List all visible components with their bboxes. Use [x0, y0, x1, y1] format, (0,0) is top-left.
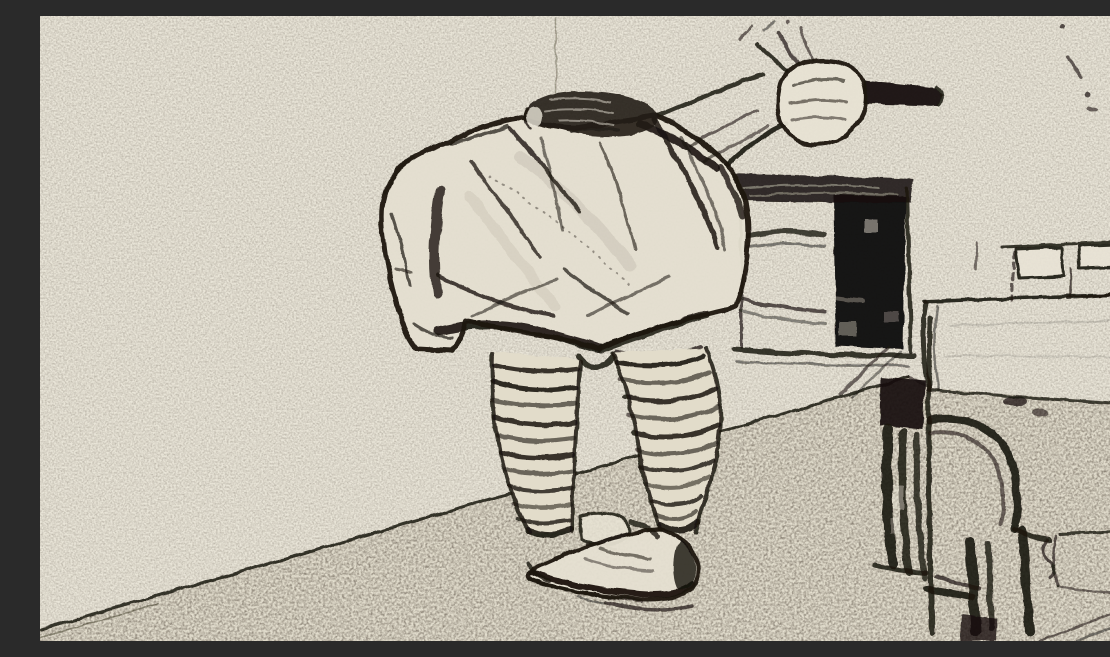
- sketch-canvas: Charcoal-sketch picture of a man seen fr…: [40, 16, 1110, 641]
- sketch-image: Charcoal-sketch picture of a man seen fr…: [40, 16, 1110, 641]
